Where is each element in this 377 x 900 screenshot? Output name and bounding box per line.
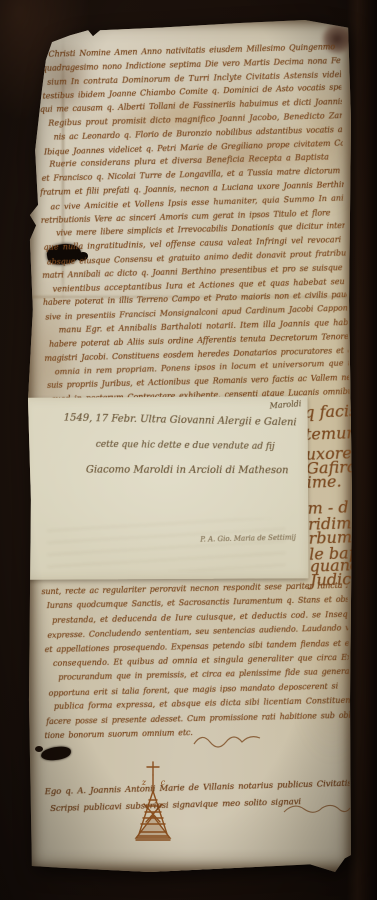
slip-line: Giacomo Maroldi in Arcioli di Matheson [86,465,289,477]
slip-line: 1549, 17 Febr. Ultra Giovanni Alergii e … [64,412,297,428]
ink-blot-speck [35,746,43,752]
closing-flourish [192,732,262,752]
slip-corner-note: Maroldi [269,399,301,410]
opening-text-block: In Christi Nomine Amen Anno nativitatis … [36,40,349,410]
margin-fragment: temur [305,423,355,444]
closing-text-block: sunt, recte ac regulariter peroravit nec… [41,579,350,747]
parchment-sheet: In Christi Nomine Amen Anno nativitatis … [27,20,352,872]
pasted-slip: Maroldi 1549, 17 Febr. Ultra Giovanni Al… [24,396,309,579]
photo-of-manuscript: In Christi Nomine Amen Anno nativitatis … [0,0,377,900]
ink-blot [40,746,71,762]
margin-fragment: ime. [306,472,341,492]
attestation-flourish [282,798,352,820]
slip-show-through [47,518,286,571]
backdrop-spine-ridge [347,0,377,900]
margin-fragment: q facis [304,401,358,422]
slip-line: cette que hic dette e due vendute ad fij [96,440,275,452]
margin-fragments: q facistemuruxoreGafiroime.m - dridimerb… [304,397,355,583]
